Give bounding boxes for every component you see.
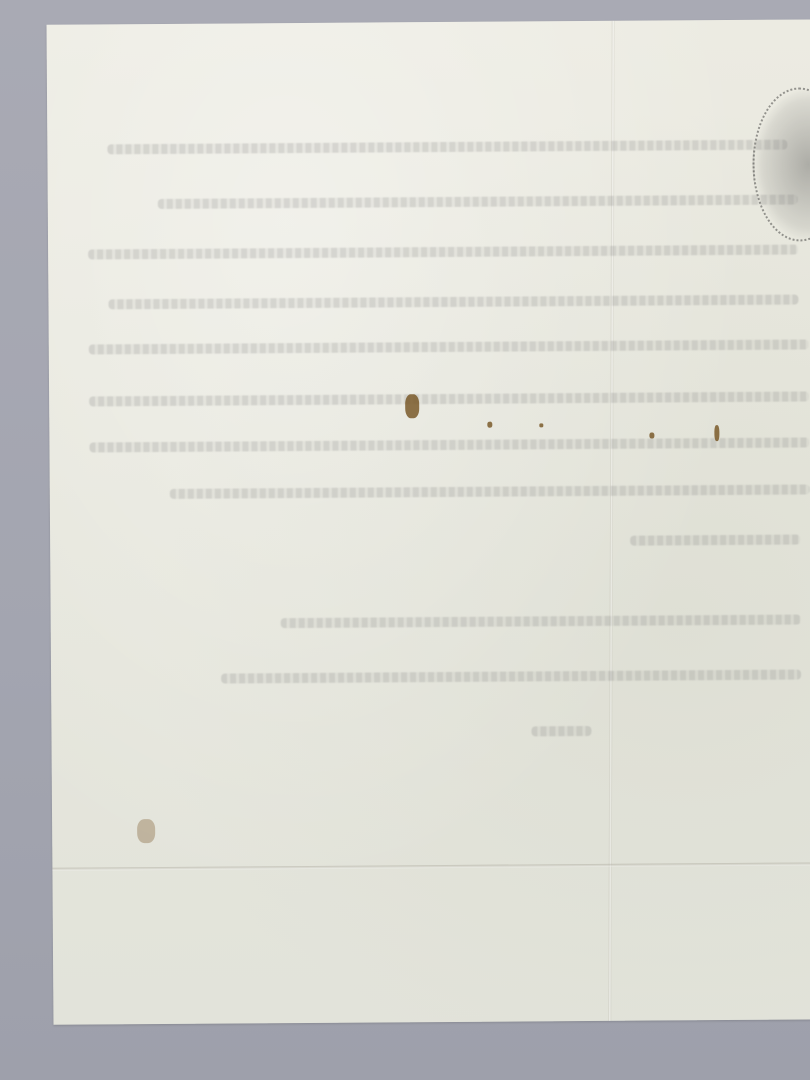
brown-stain [405, 394, 419, 418]
bleed-through-line [107, 140, 787, 155]
brown-speck [487, 422, 492, 428]
bleed-through-line [170, 484, 810, 498]
bleed-through-line [221, 670, 801, 684]
bleed-through-line [630, 535, 800, 546]
bleed-through-line [281, 615, 801, 629]
bleed-through-line [89, 339, 809, 354]
bleed-through-line [158, 195, 798, 209]
bleed-through-line [531, 726, 591, 736]
bleed-through-line [89, 391, 809, 406]
vertical-fold-line [608, 21, 614, 1021]
bleed-through-line [88, 245, 798, 260]
document-sheet [47, 19, 810, 1024]
bleed-through-line [108, 295, 798, 310]
faint-stain [137, 819, 155, 843]
brown-speck [649, 433, 654, 439]
brown-speck [539, 423, 543, 427]
ink-seal-mark [752, 87, 810, 242]
bleed-through-line [89, 437, 809, 452]
horizontal-fold-line [52, 862, 810, 871]
brown-speck [714, 425, 719, 441]
